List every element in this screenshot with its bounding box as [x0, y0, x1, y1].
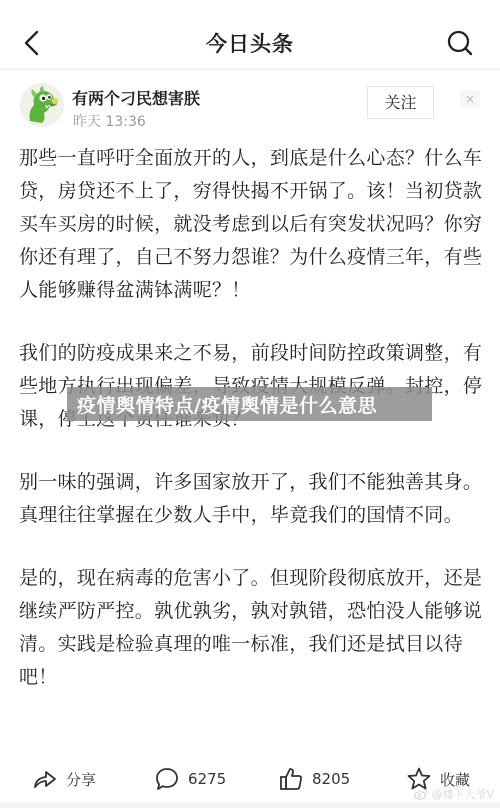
like-button[interactable]: 8205	[278, 766, 350, 792]
share-button[interactable]: 分享	[32, 766, 96, 792]
like-count: 8205	[312, 770, 350, 788]
weibo-icon	[414, 788, 428, 800]
article-paragraph: 那些一直呼吁全面放开的人，到底是什么心态？什么车贷，房贷还不上了，穷得快揭不开锅…	[19, 142, 485, 307]
watermark-text: @楼下大爷V	[431, 786, 494, 802]
watermark: @楼下大爷V	[414, 786, 494, 802]
author-name[interactable]: 有两个刁民想害朕	[72, 86, 200, 109]
article-paragraph: 是的，现在病毒的危害小了。但现阶段彻底放开，还是继续严防严控。孰优孰劣，孰对孰错…	[19, 562, 485, 694]
dragon-avatar-icon	[20, 83, 64, 127]
thumbs-up-icon	[278, 766, 304, 792]
dismiss-button[interactable]: ×	[460, 90, 480, 108]
author-row: 有两个刁民想害朕 昨天 13:36 关注 ×	[0, 76, 500, 136]
article-paragraph: 别一味的强调，许多国家放开了，我们不能独善其身。真理往往掌握在少数人手中，毕竟我…	[19, 466, 485, 532]
comment-button[interactable]: 6275	[154, 766, 226, 792]
search-icon	[446, 29, 474, 57]
follow-button[interactable]: 关注	[367, 86, 434, 119]
share-icon	[32, 766, 58, 792]
article-body: 那些一直呼吁全面放开的人，到底是什么心态？什么车贷，房贷还不上了，穷得快揭不开锅…	[19, 142, 485, 724]
share-label: 分享	[66, 769, 96, 790]
comment-count: 6275	[188, 770, 226, 788]
comment-icon	[154, 766, 180, 792]
divider	[0, 68, 500, 70]
avatar[interactable]	[20, 83, 64, 127]
close-icon: ×	[465, 92, 475, 106]
overlay-caption-text: 疫情舆情特点/疫情舆情是什么意思	[77, 391, 377, 418]
overlay-caption-banner: 疫情舆情特点/疫情舆情是什么意思	[67, 387, 432, 421]
bottom-divider	[0, 802, 500, 808]
top-bar: 今日头条	[0, 0, 500, 70]
search-button[interactable]	[446, 29, 474, 57]
post-timestamp: 昨天 13:36	[73, 111, 146, 131]
page-title: 今日头条	[0, 28, 500, 58]
